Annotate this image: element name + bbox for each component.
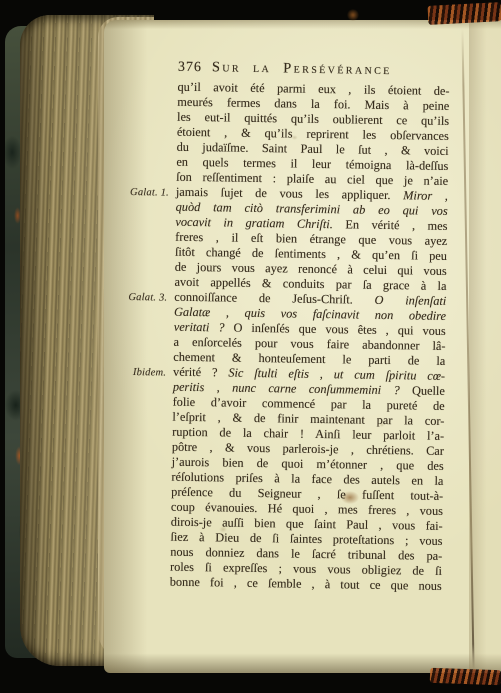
- text-segment: Quelle: [412, 383, 445, 398]
- running-title: Sur la Persévérance: [212, 59, 392, 79]
- foxing-spot: [347, 9, 359, 21]
- latin-quote-segment: veritati ?: [174, 320, 234, 335]
- latin-quote-segment: O inſenſati: [374, 293, 446, 308]
- margin-citation: Galat. 3.: [128, 290, 167, 306]
- page-number: 376: [178, 60, 202, 76]
- margin-citation: Ibidem.: [133, 365, 166, 381]
- book-edge-bottom-right: [430, 668, 501, 685]
- text-segment: En vérité , mes: [333, 217, 448, 233]
- adjacent-page-sliver: [469, 22, 501, 671]
- text-segment: vérité ?: [173, 365, 228, 380]
- text-segment: bonne foi , ce ſemble , à tout ce que no…: [170, 575, 442, 593]
- text-lines: qu’il avoit été parmi eux , ils étoient …: [170, 80, 450, 594]
- book-edge-top-right: [428, 2, 501, 25]
- latin-quote-segment: vocavit in gratiam Chriſti.: [175, 215, 333, 231]
- page-text: 376 Sur la Persévérance qu’il avoit été …: [170, 59, 450, 594]
- margin-citation: Galat. 1.: [130, 185, 169, 201]
- book-photo: 376 Sur la Persévérance qu’il avoit été …: [0, 0, 501, 693]
- latin-quote-segment: Miror ,: [403, 188, 448, 203]
